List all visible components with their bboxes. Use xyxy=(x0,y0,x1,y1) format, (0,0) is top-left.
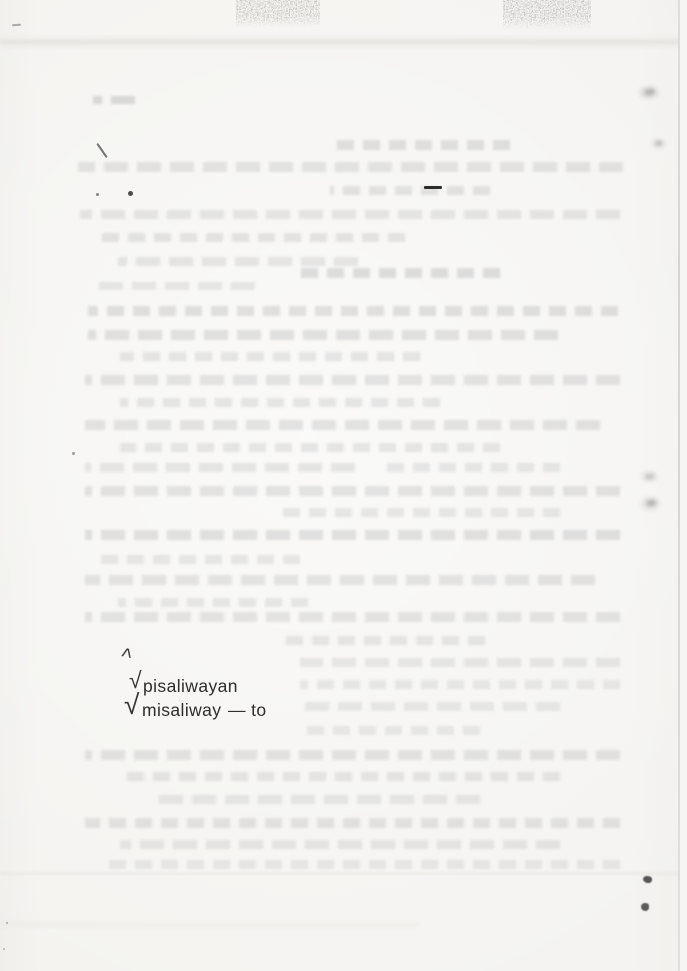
entry-word-pisaliwayan: pisaliwayan xyxy=(143,676,238,697)
entry-gloss: — to xyxy=(228,700,267,721)
checkmark-icon: √ xyxy=(124,691,139,719)
entry-word-misaliway: misaliway xyxy=(142,700,221,721)
dictionary-annotation-block: ^ √ pisaliwayan √ misaliway — to xyxy=(0,0,687,971)
page-edge-line xyxy=(678,0,680,971)
scanned-page: ^ √ pisaliwayan √ misaliway — to xyxy=(0,0,687,971)
page-edge-strip xyxy=(679,0,687,971)
